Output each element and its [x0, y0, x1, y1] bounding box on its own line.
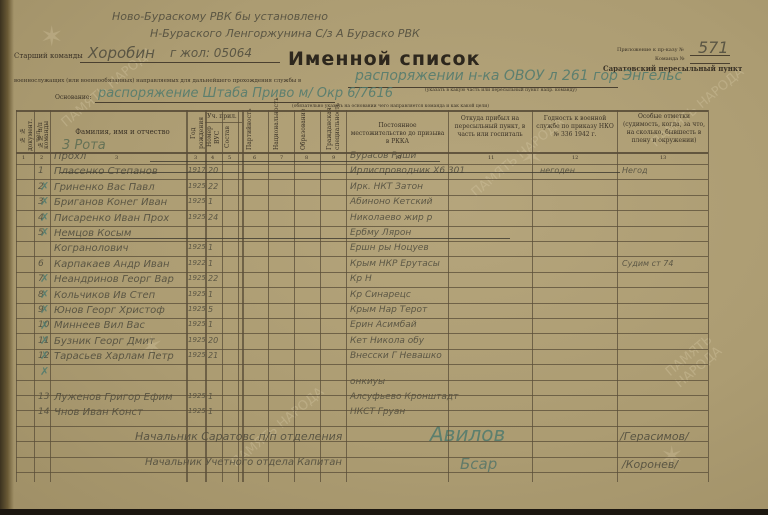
residence: Крым Нар Терот	[350, 305, 427, 315]
residence: Николаево жир р	[350, 213, 432, 223]
col-header-specialty: Гражданская специальность	[326, 112, 342, 150]
birth-year: 1925	[188, 182, 206, 190]
person-name: Кольчиков Ив Степ	[54, 290, 155, 301]
grid-hline	[16, 226, 708, 227]
residence: Кр Синарецс	[350, 290, 411, 300]
check-mark-icon: ✗	[40, 272, 49, 285]
column-number: 13	[660, 155, 666, 161]
col-header-residence: Постоянное местожительство до призыва в …	[350, 122, 445, 146]
birth-year: 1925	[188, 336, 206, 344]
birth-year: 1922	[188, 259, 206, 267]
grid-hline	[16, 164, 708, 165]
person-name: Карпакаев Андр Иван	[54, 259, 170, 270]
col-header-from: Откуда прибыл на пересыльный пункт, в ча…	[450, 115, 530, 139]
col-header-notes: Особые отметки (судимость, когда, за что…	[620, 113, 708, 145]
grid-hline	[16, 256, 708, 257]
person-name: Луженов Григор Ефим	[54, 392, 173, 403]
special-notes: Негод	[622, 166, 648, 175]
residence: Внесски Г Невашко	[350, 351, 442, 361]
special-notes: Судим ст 74	[622, 259, 673, 268]
vus-number: 1	[208, 243, 213, 252]
residence: Абиноно Кетский	[350, 197, 432, 207]
vus-number: 1	[208, 259, 213, 268]
torn-edge	[0, 0, 14, 515]
row-number: 1	[38, 166, 44, 176]
column-number: 12	[572, 155, 578, 161]
residence: Крым НКР Ерутасы	[350, 259, 440, 269]
grid-hline	[16, 380, 708, 381]
basis-label: Основание:	[55, 94, 91, 101]
signatory-name-2: /Коронев/	[622, 458, 678, 471]
grid-hline	[16, 457, 708, 458]
team-label: Команда №	[655, 56, 684, 62]
col-header-fitness: Годность к военной службе по приказу НКО…	[535, 115, 615, 139]
grid-hline	[16, 364, 708, 365]
check-mark-icon: ✗	[40, 195, 49, 208]
vus-number: 24	[208, 213, 218, 222]
row-number: 14	[38, 407, 49, 417]
person-name: Бриганов Конег Иван	[54, 197, 167, 208]
appendix-label: Приложение к пр-казу №	[617, 47, 684, 53]
page-title: Именной список	[288, 48, 480, 70]
grid-hline	[16, 318, 708, 319]
watermark-text: ПАМЯТЬ НАРОДА	[663, 299, 765, 391]
dest-hint: (указать в какую часть или пересыльный п…	[425, 88, 577, 93]
grid-hline	[16, 195, 708, 196]
vus-number: 1	[208, 197, 213, 206]
dest-value: распоряжении н-ка ОВОУ л 261 гор Энгельс	[355, 68, 682, 84]
check-mark-icon: ✗	[40, 334, 49, 347]
grid-hline	[16, 303, 708, 304]
strikethrough-line	[150, 161, 440, 162]
grid-hline	[16, 395, 708, 396]
col-header-nation: Национальность	[273, 114, 287, 150]
person-name: Юнов Георг Христоф	[54, 305, 165, 316]
senior-extra: г жол: 05064	[170, 46, 252, 60]
check-mark-icon: ✗	[40, 365, 49, 378]
birth-year: 1925	[188, 213, 206, 221]
grid-hline	[16, 472, 708, 473]
document-sheet: ✶ ✶ ✶ ✶ ПАМЯТЬ НАРОДА ПАМЯТЬ НАРОДА ПАМЯ…	[0, 0, 768, 515]
col-header-vus: Номер ВУС	[206, 124, 220, 150]
check-mark-icon: ✗	[40, 211, 49, 224]
vus-number: 1	[208, 407, 213, 416]
person-name: Неандринов Георг Вар	[54, 274, 174, 285]
person-name: Миннеев Вил Вас	[54, 320, 145, 331]
column-number: 2	[40, 155, 43, 161]
row-number: 13	[38, 392, 49, 402]
column-number: 11	[488, 155, 494, 161]
grid-hline	[16, 241, 708, 242]
vus-number: 5	[208, 305, 213, 314]
col-header-party: Партийность	[246, 114, 260, 150]
birth-year: 1925	[188, 305, 206, 313]
residence: Кр Н	[350, 274, 372, 284]
basis-value: распоряжение Штаба Приво м/ Окр 6/7616	[98, 86, 393, 101]
grid-hline	[16, 333, 708, 334]
person-name: Когранолович	[54, 243, 128, 254]
check-mark-icon: ✗	[40, 303, 49, 316]
person-name: Тарасьев Харлам Петр	[54, 351, 174, 362]
check-mark-icon: ✗	[40, 349, 49, 362]
residence: Ербму Лярон	[350, 228, 411, 238]
person-name: Чнов Иван Конст	[54, 407, 143, 418]
appendix-number: 571	[698, 38, 729, 57]
residence: Ерин Асимбай	[350, 320, 417, 330]
grid-hline	[16, 272, 708, 273]
birth-year: 1925	[188, 320, 206, 328]
col-header-sostav: Состав	[224, 124, 238, 150]
residence: Алсуфьево Кронштадт	[350, 392, 458, 402]
vus-number: 21	[208, 351, 218, 360]
residence: Кет Никола обу	[350, 336, 424, 346]
top-note-1: Ново-Бураскому РВК бы установлено	[112, 10, 328, 23]
birth-year: 1925	[188, 274, 206, 282]
vus-number: 1	[208, 290, 213, 299]
vus-number: 1	[208, 392, 213, 401]
birth-year: 1925	[188, 392, 206, 400]
grid-hline	[16, 426, 708, 427]
bottom-edge	[0, 509, 768, 515]
dest-label: военнослужащих (или военнообязанных) нап…	[14, 78, 301, 84]
birth-year: 1925	[188, 290, 206, 298]
person-name: Бузник Георг Дмит	[54, 336, 155, 347]
senior-label: Старший команды	[14, 52, 83, 60]
vus-number: 20	[208, 336, 218, 345]
watermark-star-icon: ✶	[40, 20, 63, 53]
top-note-2: Н-Бураского Ленгоржунина С/з А Бураско Р…	[150, 27, 420, 40]
grid-hline	[16, 441, 708, 442]
strikethrough-line	[60, 238, 510, 239]
birth-year: 1917	[188, 166, 206, 174]
column-number: 1	[22, 155, 25, 161]
vus-number: 22	[208, 182, 218, 191]
vus-number: 22	[208, 274, 218, 283]
basis-hint: (обязательно указать на основании чего н…	[292, 104, 489, 109]
grid-hline	[16, 179, 708, 180]
residence: Ирк. НКТ Затон	[350, 182, 423, 192]
senior-value: Хоробин	[88, 44, 155, 62]
vus-number: 20	[208, 166, 218, 175]
person-name: Писаренко Иван Прох	[54, 213, 169, 224]
person-name: Гриненко Вас Павл	[54, 182, 155, 193]
col-header-year: Год рождения	[190, 116, 204, 150]
check-mark-icon: ✗	[40, 226, 49, 239]
col-header-name: Фамилия, имя и отчество	[60, 128, 185, 136]
birth-year: 1925	[188, 243, 206, 251]
vus-number: 1	[208, 320, 213, 329]
residence: Ершн ры Ноцуев	[350, 243, 429, 253]
birth-year: 1925	[188, 351, 206, 359]
row-number: 6	[38, 259, 44, 269]
residence: НКСТ Груан	[350, 407, 405, 417]
birth-year: 1925	[188, 407, 206, 415]
col-header-num: №№ п/п	[37, 118, 49, 152]
strikethrough-line	[60, 172, 620, 173]
check-mark-icon: ✗	[40, 319, 49, 332]
col-header-education: Образование	[300, 114, 314, 150]
grid-hline	[16, 349, 708, 350]
birth-year: 1925	[188, 197, 206, 205]
fitness: негоден	[540, 166, 575, 175]
residence: онкиуы	[350, 377, 385, 387]
signature-2: Бсар	[460, 455, 497, 473]
grid-vline	[708, 110, 709, 482]
column-number: 3	[115, 155, 118, 161]
check-mark-icon: ✗	[40, 288, 49, 301]
grid-hline	[16, 210, 708, 211]
col-header-doc: № № документ. чел. команды	[19, 118, 35, 152]
grid-hline	[16, 287, 708, 288]
check-mark-icon: ✗	[40, 180, 49, 193]
grid-hline	[16, 410, 708, 411]
